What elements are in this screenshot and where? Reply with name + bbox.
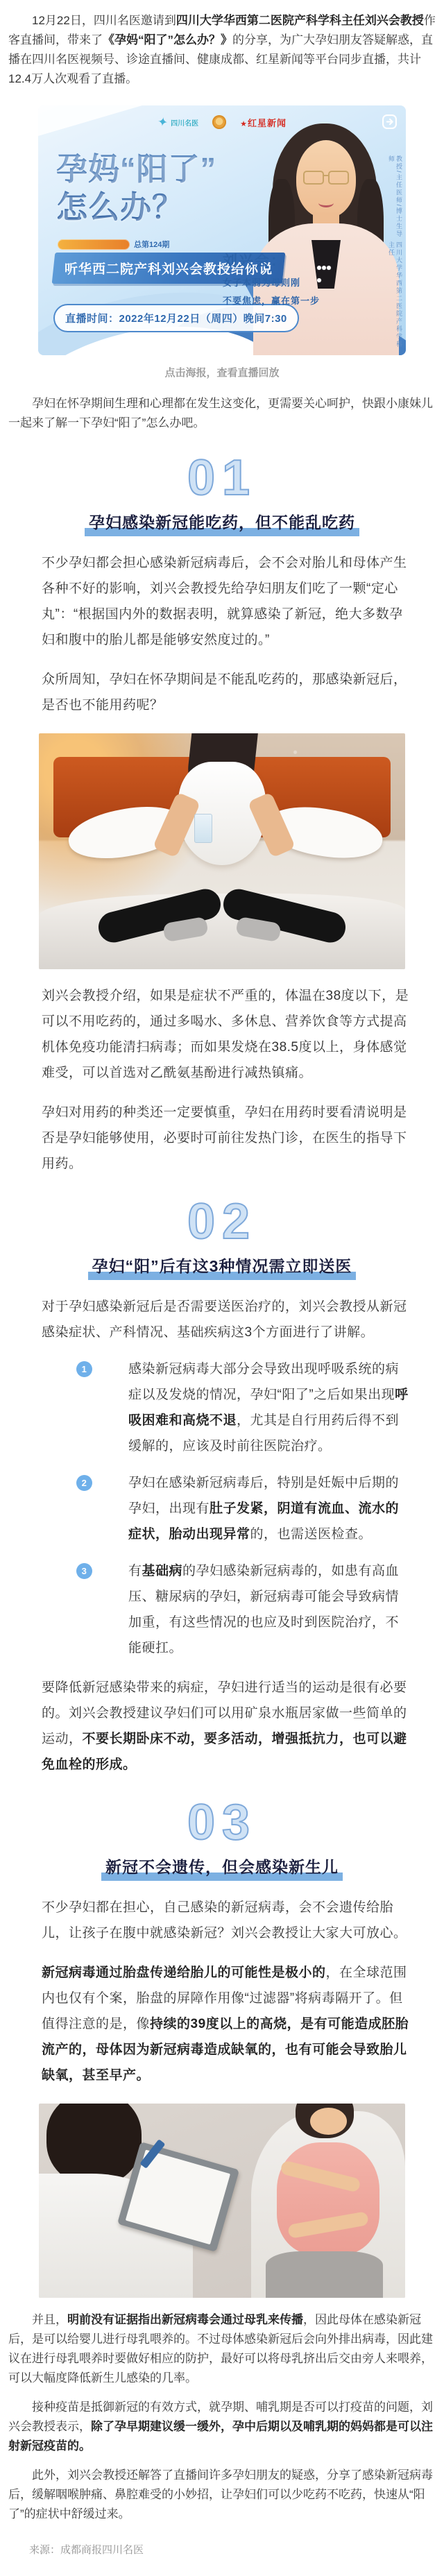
section-number: 01: [0, 451, 444, 505]
section-title: 孕妇感染新冠能吃药，但不能乱吃药: [85, 511, 359, 536]
body-paragraph: 新冠病毒通过胎盘传递给胎儿的可能性是极小的，在全球范围内也仅有个案，胎盘的屏障作…: [42, 1960, 409, 2088]
orange-badge: [58, 239, 130, 250]
red-star-icon: ★: [240, 120, 248, 128]
body-paragraph: 众所周知，孕妇在怀孕期间是不能乱吃药的，那感染新冠后，是否也不能用药呢？: [42, 667, 409, 718]
section-header-1: 01 孕妇感染新冠能吃药，但不能乱吃药: [0, 451, 444, 536]
list-item-number: 3: [76, 1563, 92, 1579]
speaker-name: 刘兴会：: [223, 250, 320, 271]
speaker-quote: 刘兴会： 女子本弱为母则刚 不要焦虑，赢在第一步: [223, 250, 320, 307]
poster-caption: 点击海报，查看直播回放: [0, 364, 444, 383]
body-paragraph: 对于孕妇感染新冠后是否需要送医治疗的，刘兴会教授从新冠感染症状、产科情况、基础疾…: [42, 1294, 409, 1345]
section-number: 02: [0, 1195, 444, 1249]
livestream-time-pill: 直播时间：2022年12月22日（周四）晚间7:30: [53, 304, 299, 332]
section-title: 新冠不会遗传，但会感染新生儿: [101, 1855, 343, 1881]
episode-number: 总第124期: [134, 239, 169, 250]
poster-title: 孕妈“阳了” 怎么办？: [56, 150, 216, 226]
outro-paragraph: 此外，刘兴会教授还解答了直播间许多孕妇朋友的疑惑，分享了感染新冠病毒后，缓解咽喉…: [8, 2466, 436, 2524]
intro-paragraph: 12月22日，四川名医邀请到四川大学华西第二医院产科学科主任刘兴会教授作客直播间…: [8, 11, 436, 89]
section-header-2: 02 孕妇“阳”后有这3种情况需立即送医: [0, 1195, 444, 1280]
compass-star-icon: ✦: [157, 115, 169, 129]
list-item-number: 2: [76, 1475, 92, 1491]
glasses-icon: [303, 171, 349, 183]
list-item: 3 有基础病的孕妇感染新冠病毒的，如患有高血压、糖尿病的孕妇，新冠病毒可能会导致…: [42, 1558, 409, 1661]
sichuan-mingyi-logo: ✦ 四川名医: [157, 116, 198, 128]
article-source: 来源：成都商报四川名医: [8, 2542, 436, 2557]
water-glass: [194, 814, 212, 844]
popout-arrow-icon: [382, 114, 398, 133]
list-item: 2 孕妇在感染新冠病毒后，特别是妊娠中后期的孕妇，出现有肚子发紧，阴道有流血、流…: [42, 1470, 409, 1547]
body-paragraph: 孕妇对用药的种类还一定要慎重，孕妇在用药时要看清说明是否是孕妇能够使用，必要时可…: [42, 1100, 409, 1177]
warning-list: 1 感染新冠病毒大部分会导致出现呼吸系统的病症以及发烧的情况，孕妇“阳了”之后如…: [42, 1356, 409, 1661]
outro-paragraph: 并且，明前没有证据指出新冠病毒会通过母乳来传播，因此母体在感染新冠后，是可以给婴…: [8, 2310, 436, 2388]
photo-doctor-consultation: [39, 2104, 405, 2298]
body-paragraph: 要降低新冠感染带来的病症，孕妇进行适当的运动是很有必要的。刘兴会教授建议孕妇们可…: [42, 1675, 409, 1777]
body-paragraph: 刘兴会教授介绍，如果是症状不严重的，体温在38度以下，是可以不用吃药的，通过多喝…: [42, 983, 409, 1086]
body-paragraph: 不少孕妇都在担心，自己感染的新冠病毒，会不会遗传给胎儿，让孩子在腹中就感染新冠？…: [42, 1895, 409, 1946]
section-header-3: 03 新冠不会遗传，但会感染新生儿: [0, 1795, 444, 1881]
body-paragraph: 不少孕妇都会担心感染新冠病毒后，会不会对胎儿和母体产生各种不好的影响，刘兴会教授…: [42, 550, 409, 653]
list-item-number: 1: [76, 1361, 92, 1377]
lead-paragraph: 孕妇在怀孕期间生理和心理都在发生这变化，更需要关心呵护，快跟小康妹儿一起来了解一…: [8, 394, 436, 433]
photo-pregnant-woman-taking-medicine: [39, 733, 405, 969]
outro-paragraph: 接种疫苗是抵御新冠的有效方式，就孕期、哺乳期是否可以打疫苗的问题，刘兴会教授表示…: [8, 2398, 436, 2456]
section-number: 03: [0, 1795, 444, 1850]
gold-seal-logo: [212, 115, 226, 129]
poster-logo-row: ✦ 四川名医 ★红星新闻: [38, 115, 406, 129]
hongxing-news-logo: ★红星新闻: [240, 116, 287, 129]
section-title: 孕妇“阳”后有这3种情况需立即送医: [88, 1254, 357, 1280]
live-poster[interactable]: ✦ 四川名医 ★红星新闻 孕妈“阳了” 怎么办？ 总第124期 听华西二院产科刘…: [38, 105, 406, 355]
episode-badge-row: 总第124期: [58, 239, 169, 250]
speaker-credentials-vertical: 教授/主任医师/博士生导师 四川大学华西第二医院产科学科主任: [387, 155, 402, 355]
list-item: 1 感染新冠病毒大部分会导致出现呼吸系统的病症以及发烧的情况，孕妇“阳了”之后如…: [42, 1356, 409, 1459]
